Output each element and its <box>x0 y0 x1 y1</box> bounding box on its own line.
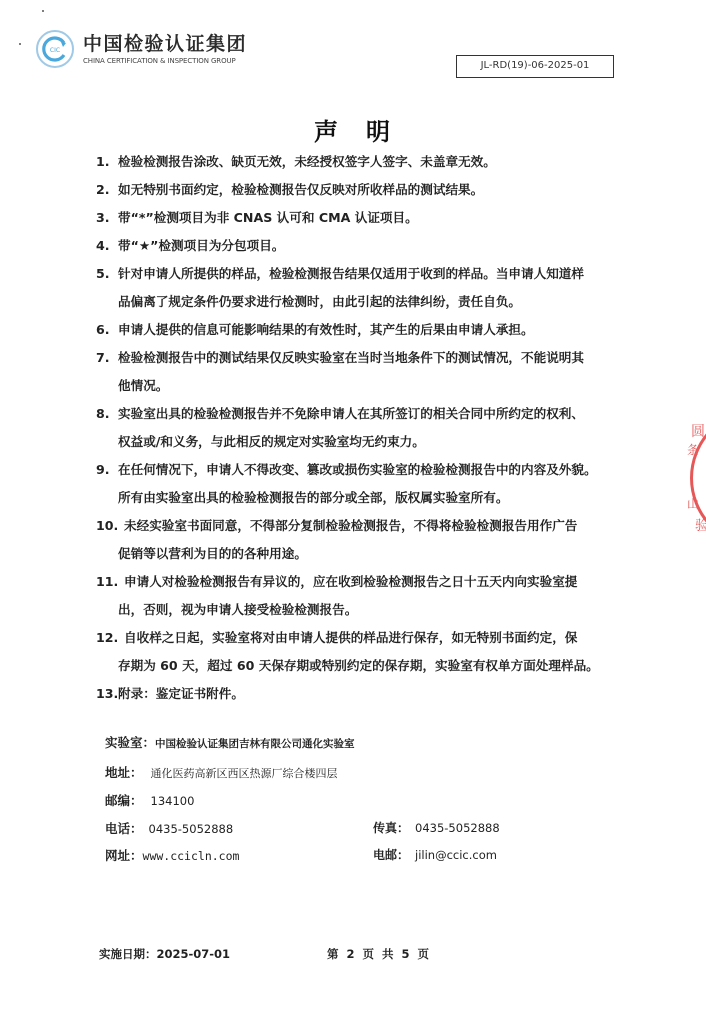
email-label: 电邮： <box>373 848 409 862</box>
clause-13: 13.附录：鉴定证书附件。 <box>96 680 636 708</box>
lab-row: 实验室：中国检验认证集团吉林有限公司通化实验室 <box>105 733 625 751</box>
clause-5: 5.针对申请人所提供的样品，检验检测报告结果仅适用于收到的样品。当申请人知道样 … <box>96 260 636 316</box>
clause-text-continued: 品偏离了规定条件仍要求进行检测时，由此引起的法律纠纷，责任自负。 <box>96 288 636 316</box>
stamp-glyph: 验 <box>695 515 706 535</box>
website-link[interactable]: www.ccicln.com <box>143 849 240 863</box>
clause-text: 申请人提供的信息可能影响结果的有效性时，其产生的后果由申请人承担。 <box>118 322 534 337</box>
address-label: 地址： <box>105 765 143 780</box>
clause-text: 如无特别书面约定，检验检测报告仅反映对所收样品的测试结果。 <box>118 182 483 197</box>
lab-value: 中国检验认证集团吉林有限公司通化实验室 <box>155 738 355 750</box>
clause-9: 9.在任何情况下，申请人不得改变、篡改或损伤实验室的检验检测报告中的内容及外貌。… <box>96 456 636 512</box>
clause-7: 7.检验检测报告中的测试结果仅反映实验室在当时当地条件下的测试情况，不能说明其 … <box>96 344 636 400</box>
clause-number: 13. <box>96 680 118 708</box>
red-seal-stamp-icon: 圆 条 山 验 <box>690 408 706 548</box>
clause-text: 检验检测报告涂改、缺页无效，未经授权签字人签字、未盖章无效。 <box>118 154 496 169</box>
org-name-en: CHINA CERTIFICATION & INSPECTION GROUP <box>83 56 247 66</box>
clause-text: 带“★”检测项目为分包项目。 <box>118 238 284 253</box>
org-name-cn: 中国检验认证集团 <box>83 33 247 55</box>
email-row: 电邮：jilin@ccic.com <box>373 846 497 863</box>
clause-12: 12.自收样之日起，实验室将对由申请人提供的样品进行保存，如无特别书面约定，保 … <box>96 624 636 680</box>
document-number-box: JL-RD(19)-06-2025-01 <box>456 55 614 78</box>
clause-1: 1.检验检测报告涂改、缺页无效，未经授权签字人签字、未盖章无效。 <box>96 148 636 176</box>
clause-text-continued: 他情况。 <box>96 372 636 400</box>
page-title: 声明 <box>0 112 706 147</box>
effective-date: 实施日期：2025-07-01 <box>99 946 230 962</box>
website-row: 网址：www.ccicln.com <box>105 846 625 864</box>
scan-speck <box>42 10 44 12</box>
clause-number: 9. <box>96 456 118 484</box>
clause-text: 申请人对检验检测报告有异议的，应在收到检验检测报告之日十五天内向实验室提 <box>124 574 577 589</box>
scan-speck <box>19 43 21 45</box>
effective-date-label: 实施日期： <box>99 947 157 961</box>
clause-text-continued: 所有由实验室出具的检验检测报告的部分或全部，版权属实验室所有。 <box>96 484 636 512</box>
org-logo: CIC 中国检验认证集团 CHINA CERTIFICATION & INSPE… <box>36 30 247 68</box>
website-label: 网址： <box>105 848 143 863</box>
clause-4: 4.带“★”检测项目为分包项目。 <box>96 232 636 260</box>
stamp-glyph: 条 <box>687 441 699 458</box>
effective-date-value: 2025-07-01 <box>157 947 231 961</box>
postcode-label: 邮编： <box>105 793 143 808</box>
clause-number: 11. <box>96 568 124 596</box>
lab-label: 实验室： <box>105 735 155 750</box>
clause-text: 实验室出具的检验检测报告并不免除申请人在其所签订的相关合同中所约定的权利、 <box>118 406 584 421</box>
clause-text-continued: 出，否则，视为申请人接受检验检测报告。 <box>96 596 636 624</box>
clause-2: 2.如无特别书面约定，检验检测报告仅反映对所收样品的测试结果。 <box>96 176 636 204</box>
clause-text: 带“*”检测项目为非 CNAS 认可和 CMA 认证项目。 <box>118 210 418 225</box>
clause-text-continued: 促销等以营利为目的的各种用途。 <box>96 540 636 568</box>
declaration-clauses: 1.检验检测报告涂改、缺页无效，未经授权签字人签字、未盖章无效。 2.如无特别书… <box>96 148 636 708</box>
stamp-glyph: 圆 <box>691 421 705 441</box>
title-part-2: 明 <box>366 118 392 146</box>
fax-value: 0435-5052888 <box>415 821 500 835</box>
clause-text-continued: 存期为 60 天，超过 60 天保存期或特别约定的保存期，实验室有权单方面处理样… <box>96 652 636 680</box>
stamp-glyph: 山 <box>687 495 699 512</box>
page-indicator: 第 2 页 共 5 页 <box>327 946 431 962</box>
clause-10: 10.未经实验室书面同意，不得部分复制检验检测报告，不得将检验检测报告用作广告 … <box>96 512 636 568</box>
clause-number: 3. <box>96 204 118 232</box>
clause-6: 6.申请人提供的信息可能影响结果的有效性时，其产生的后果由申请人承担。 <box>96 316 636 344</box>
clause-number: 4. <box>96 232 118 260</box>
postcode-value: 134100 <box>151 794 195 808</box>
fax-row: 传真：0435-5052888 <box>373 819 500 836</box>
address-row: 地址：通化医药高新区西区热源厂综合楼四层 <box>105 763 625 781</box>
clause-3: 3.带“*”检测项目为非 CNAS 认可和 CMA 认证项目。 <box>96 204 636 232</box>
clause-number: 5. <box>96 260 118 288</box>
title-part-1: 声 <box>314 118 340 146</box>
email-link[interactable]: jilin@ccic.com <box>415 848 497 862</box>
address-value: 通化医药高新区西区热源厂综合楼四层 <box>151 767 338 780</box>
phone-row: 电话：0435-5052888 <box>105 819 625 837</box>
fax-label: 传真： <box>373 821 409 835</box>
clause-text: 附录：鉴定证书附件。 <box>118 686 244 701</box>
clause-number: 8. <box>96 400 118 428</box>
clause-11: 11.申请人对检验检测报告有异议的，应在收到检验检测报告之日十五天内向实验室提 … <box>96 568 636 624</box>
clause-text-continued: 权益或/和义务，与此相反的规定对实验室均无约束力。 <box>96 428 636 456</box>
clause-number: 10. <box>96 512 124 540</box>
clause-text: 未经实验室书面同意，不得部分复制检验检测报告，不得将检验检测报告用作广告 <box>124 518 577 533</box>
phone-label: 电话： <box>105 821 143 836</box>
clause-text: 针对申请人所提供的样品，检验检测报告结果仅适用于收到的样品。当申请人知道样 <box>118 266 584 281</box>
clause-number: 6. <box>96 316 118 344</box>
clause-number: 7. <box>96 344 118 372</box>
clause-number: 2. <box>96 176 118 204</box>
postcode-row: 邮编：134100 <box>105 791 625 809</box>
clause-number: 1. <box>96 148 118 176</box>
phone-value: 0435-5052888 <box>149 822 234 836</box>
clause-text: 自收样之日起，实验室将对由申请人提供的样品进行保存，如无特别书面约定，保 <box>124 630 577 645</box>
svg-text:CIC: CIC <box>50 47 60 54</box>
clause-text: 检验检测报告中的测试结果仅反映实验室在当时当地条件下的测试情况，不能说明其 <box>118 350 584 365</box>
clause-number: 12. <box>96 624 124 652</box>
clause-8: 8.实验室出具的检验检测报告并不免除申请人在其所签订的相关合同中所约定的权利、 … <box>96 400 636 456</box>
clause-text: 在任何情况下，申请人不得改变、篡改或损伤实验室的检验检测报告中的内容及外貌。 <box>118 462 597 477</box>
ccic-logo-icon: CIC <box>36 30 74 68</box>
